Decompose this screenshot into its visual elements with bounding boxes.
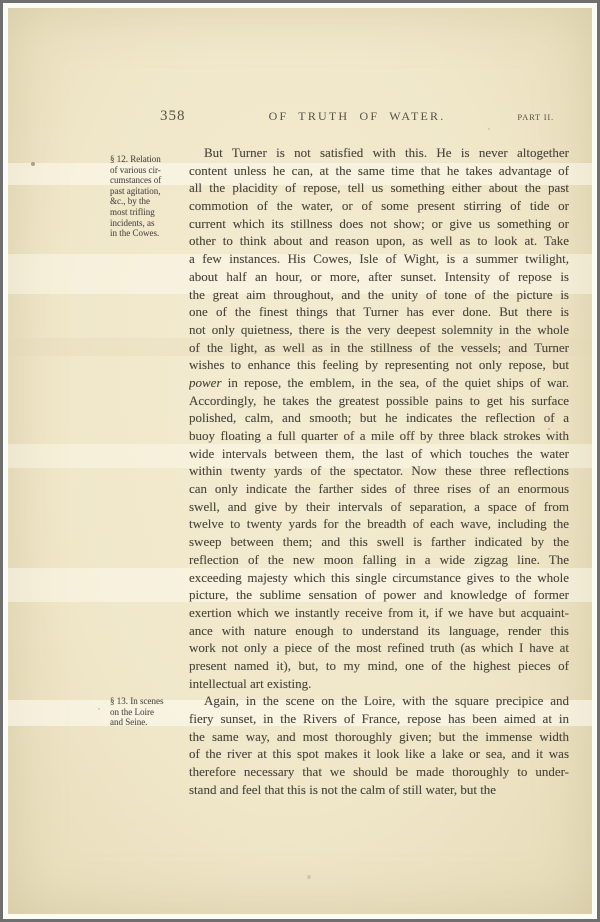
- text-line: a few instances. His Cowes, Isle of Wigh…: [189, 250, 569, 268]
- part-label: PART II.: [494, 112, 554, 122]
- text-line: exertion which we instantly receive from…: [189, 604, 569, 622]
- text-line: But Turner is not satisfied with this. H…: [189, 144, 569, 162]
- text-line: stand and feel that this is not the calm…: [189, 781, 569, 799]
- text-line: can only indicate the farther sides of t…: [189, 480, 569, 498]
- scanned-book-page: 358 OF TRUTH OF WATER. PART II. § 12. Re…: [0, 0, 600, 922]
- text-line: exceeding majesty which this single circ…: [189, 569, 569, 587]
- text-line: and Seine.: [110, 717, 186, 728]
- text-line: most trifling: [110, 207, 186, 218]
- running-title: OF TRUTH OF WATER.: [220, 109, 494, 124]
- text-line: wishes to enhance this feeling by repres…: [189, 356, 569, 374]
- paragraph-13: Again, in the scene on the Loire, with t…: [189, 692, 569, 798]
- text-line: buoy floating a full quarter of a mile o…: [189, 427, 569, 445]
- text-line: Accordingly, he takes the greatest possi…: [189, 392, 569, 410]
- page-number: 358: [160, 108, 220, 125]
- text-line: § 12. Relation: [110, 154, 186, 165]
- text-line: in the Cowes.: [110, 228, 186, 239]
- margin-note-section-12: § 12. Relationof various cir-cumstances …: [110, 154, 186, 239]
- text-line: Again, in the scene on the Loire, with t…: [189, 692, 569, 710]
- text-line: one of the finest things that Turner has…: [189, 303, 569, 321]
- text-line: incidents, as: [110, 218, 186, 229]
- text-line: about half an hour, or more, after sunse…: [189, 268, 569, 286]
- paragraph-12: But Turner is not satisfied with this. H…: [189, 144, 569, 692]
- body-text: But Turner is not satisfied with this. H…: [189, 144, 569, 798]
- text-line: &c., by the: [110, 196, 186, 207]
- text-line: power in repose, the emblem, in the sea,…: [189, 374, 569, 392]
- text-line: the same way, and most thoroughly given;…: [189, 728, 569, 746]
- text-line: § 13. In scenes: [110, 696, 186, 707]
- text-line: wide intervals between them, the last of…: [189, 445, 569, 463]
- page-header: 358 OF TRUTH OF WATER. PART II.: [160, 108, 554, 125]
- text-line: commotion of the water, or of some prese…: [189, 197, 569, 215]
- text-line: reflection of the new moon falling in a …: [189, 551, 569, 569]
- text-line: work not only a piece of the most refine…: [189, 639, 569, 657]
- text-line: within twenty yards of the spectator. No…: [189, 462, 569, 480]
- text-line: content unless he can, at the same time …: [189, 162, 569, 180]
- text-line: fiery sunset, in the Rivers of France, r…: [189, 710, 569, 728]
- book-page: 358 OF TRUTH OF WATER. PART II. § 12. Re…: [8, 8, 592, 914]
- text-line: sweep between them; and this swell is fa…: [189, 533, 569, 551]
- text-line: all the placidity of repose, tell us som…: [189, 179, 569, 197]
- text-line: picture, the sublime sensation of power …: [189, 586, 569, 604]
- text-line: other to think about and reason upon, as…: [189, 232, 569, 250]
- text-line: of the light, as well as in the stillnes…: [189, 339, 569, 357]
- text-line: twelve to twenty yards for the breadth o…: [189, 515, 569, 533]
- text-line: not only quietness, there is the very de…: [189, 321, 569, 339]
- text-line: current which its stillness does not sho…: [189, 215, 569, 233]
- text-line: of the river at this spot makes it look …: [189, 745, 569, 763]
- text-line: on the Loire: [110, 707, 186, 718]
- text-line: polished, calm, and smooth; but he indic…: [189, 409, 569, 427]
- text-line: the great aim throughout, and the unity …: [189, 286, 569, 304]
- margin-note-section-13: § 13. In sceneson the Loireand Seine.: [110, 696, 186, 728]
- text-line: ance with nature enough to understand it…: [189, 622, 569, 640]
- text-line: therefore necessary that we should be ma…: [189, 763, 569, 781]
- text-line: intellectual art existing.: [189, 675, 569, 693]
- text-line: past agitation,: [110, 186, 186, 197]
- text-line: swell, and give by their intervals of se…: [189, 498, 569, 516]
- text-line: present named it), but, to my mind, one …: [189, 657, 569, 675]
- text-line: cumstances of: [110, 175, 186, 186]
- text-line: of various cir-: [110, 165, 186, 176]
